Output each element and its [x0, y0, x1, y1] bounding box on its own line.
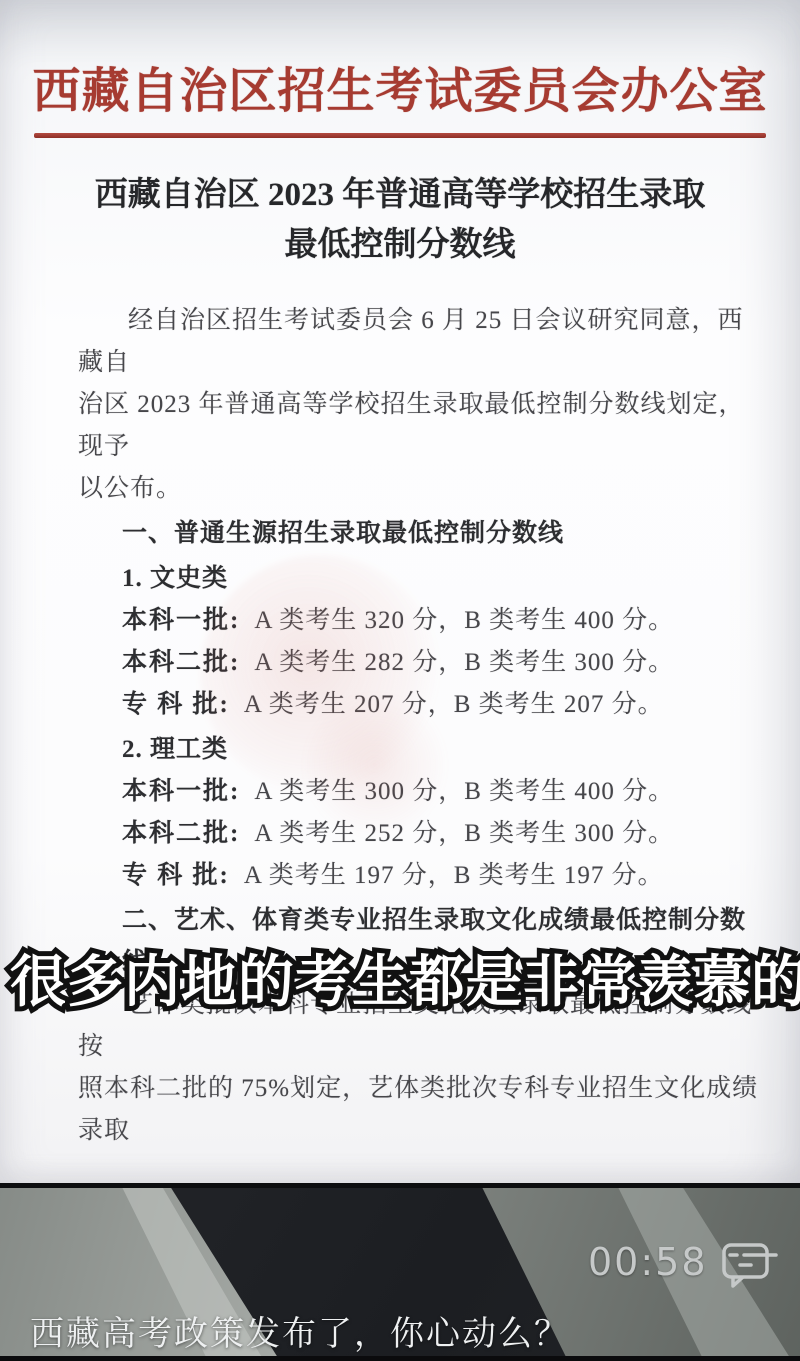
- score-row: 本科二批:A 类考生 282 分，B 类考生 300 分。: [122, 642, 764, 684]
- video-timestamp: 00:58: [588, 1240, 708, 1284]
- score-value: A 类考生 207 分，B 类考生 207 分。: [244, 691, 664, 718]
- document-title-line1: 西藏自治区 2023 年普通高等学校招生录取: [0, 170, 800, 220]
- score-row: 本科一批:A 类考生 300 分，B 类考生 400 分。: [122, 771, 764, 813]
- document-body: 经自治区招生考试委员会 6 月 25 日会议研究同意，西藏自 治区 2023 年…: [78, 300, 764, 1236]
- score-label: 专 科 批:: [122, 862, 230, 889]
- paper-edge-shadow: [0, 1183, 800, 1188]
- video-caption: 西藏高考政策发布了，你心动么？: [30, 1306, 570, 1355]
- score-row: 专 科 批:A 类考生 207 分，B 类考生 207 分。: [122, 684, 764, 726]
- letterhead-divider: [34, 133, 766, 138]
- subsection-ligong: 2. 理工类: [122, 729, 764, 771]
- score-label: 本科二批:: [122, 649, 240, 676]
- score-value: A 类考生 282 分，B 类考生 300 分。: [254, 649, 674, 676]
- doc-paragraph-line: 照本科二批的 75%划定，艺体类批次专科专业招生文化成绩录取: [78, 1068, 764, 1152]
- score-label: 本科二批:: [122, 820, 240, 847]
- score-row: 本科一批:A 类考生 320 分，B 类考生 400 分。: [122, 600, 764, 642]
- score-label: 本科一批:: [122, 607, 240, 634]
- doc-paragraph-line: 以公布。: [78, 468, 764, 510]
- score-value: A 类考生 300 分，B 类考生 400 分。: [254, 778, 674, 805]
- doc-paragraph-line: 经自治区招生考试委员会 6 月 25 日会议研究同意，西藏自: [78, 300, 764, 384]
- subtitle-text: 很多内地的考生都是非常羡慕的: [10, 938, 796, 1018]
- score-row: 专 科 批:A 类考生 197 分，B 类考生 197 分。: [122, 855, 764, 897]
- subsection-wenshi: 1. 文史类: [122, 558, 764, 600]
- score-label: 本科一批:: [122, 778, 240, 805]
- score-value: A 类考生 252 分，B 类考生 300 分。: [254, 820, 674, 847]
- document-title: 西藏自治区 2023 年普通高等学校招生录取 最低控制分数线: [0, 170, 800, 270]
- score-value: A 类考生 197 分，B 类考生 197 分。: [244, 862, 664, 889]
- score-label: 专 科 批:: [122, 691, 230, 718]
- subtitle-overlay: 很多内地的考生都是非常羡慕的 很多内地的考生都是非常羡慕的: [0, 938, 800, 1020]
- video-frame: 西藏自治区招生考试委员会办公室 西藏自治区 2023 年普通高等学校招生录取 最…: [0, 0, 800, 1361]
- section-heading-1: 一、普通生源招生录取最低控制分数线: [122, 513, 764, 555]
- score-value: A 类考生 320 分，B 类考生 400 分。: [254, 607, 674, 634]
- score-row: 本科二批:A 类考生 252 分，B 类考生 300 分。: [122, 813, 764, 855]
- bottom-edge-bar: [0, 1356, 800, 1361]
- document-title-line2: 最低控制分数线: [0, 220, 800, 270]
- danmaku-comment-icon[interactable]: [718, 1238, 780, 1296]
- letterhead-title: 西藏自治区招生考试委员会办公室: [0, 0, 800, 121]
- doc-paragraph-line: 治区 2023 年普通高等学校招生录取最低控制分数线划定，现予: [78, 384, 764, 468]
